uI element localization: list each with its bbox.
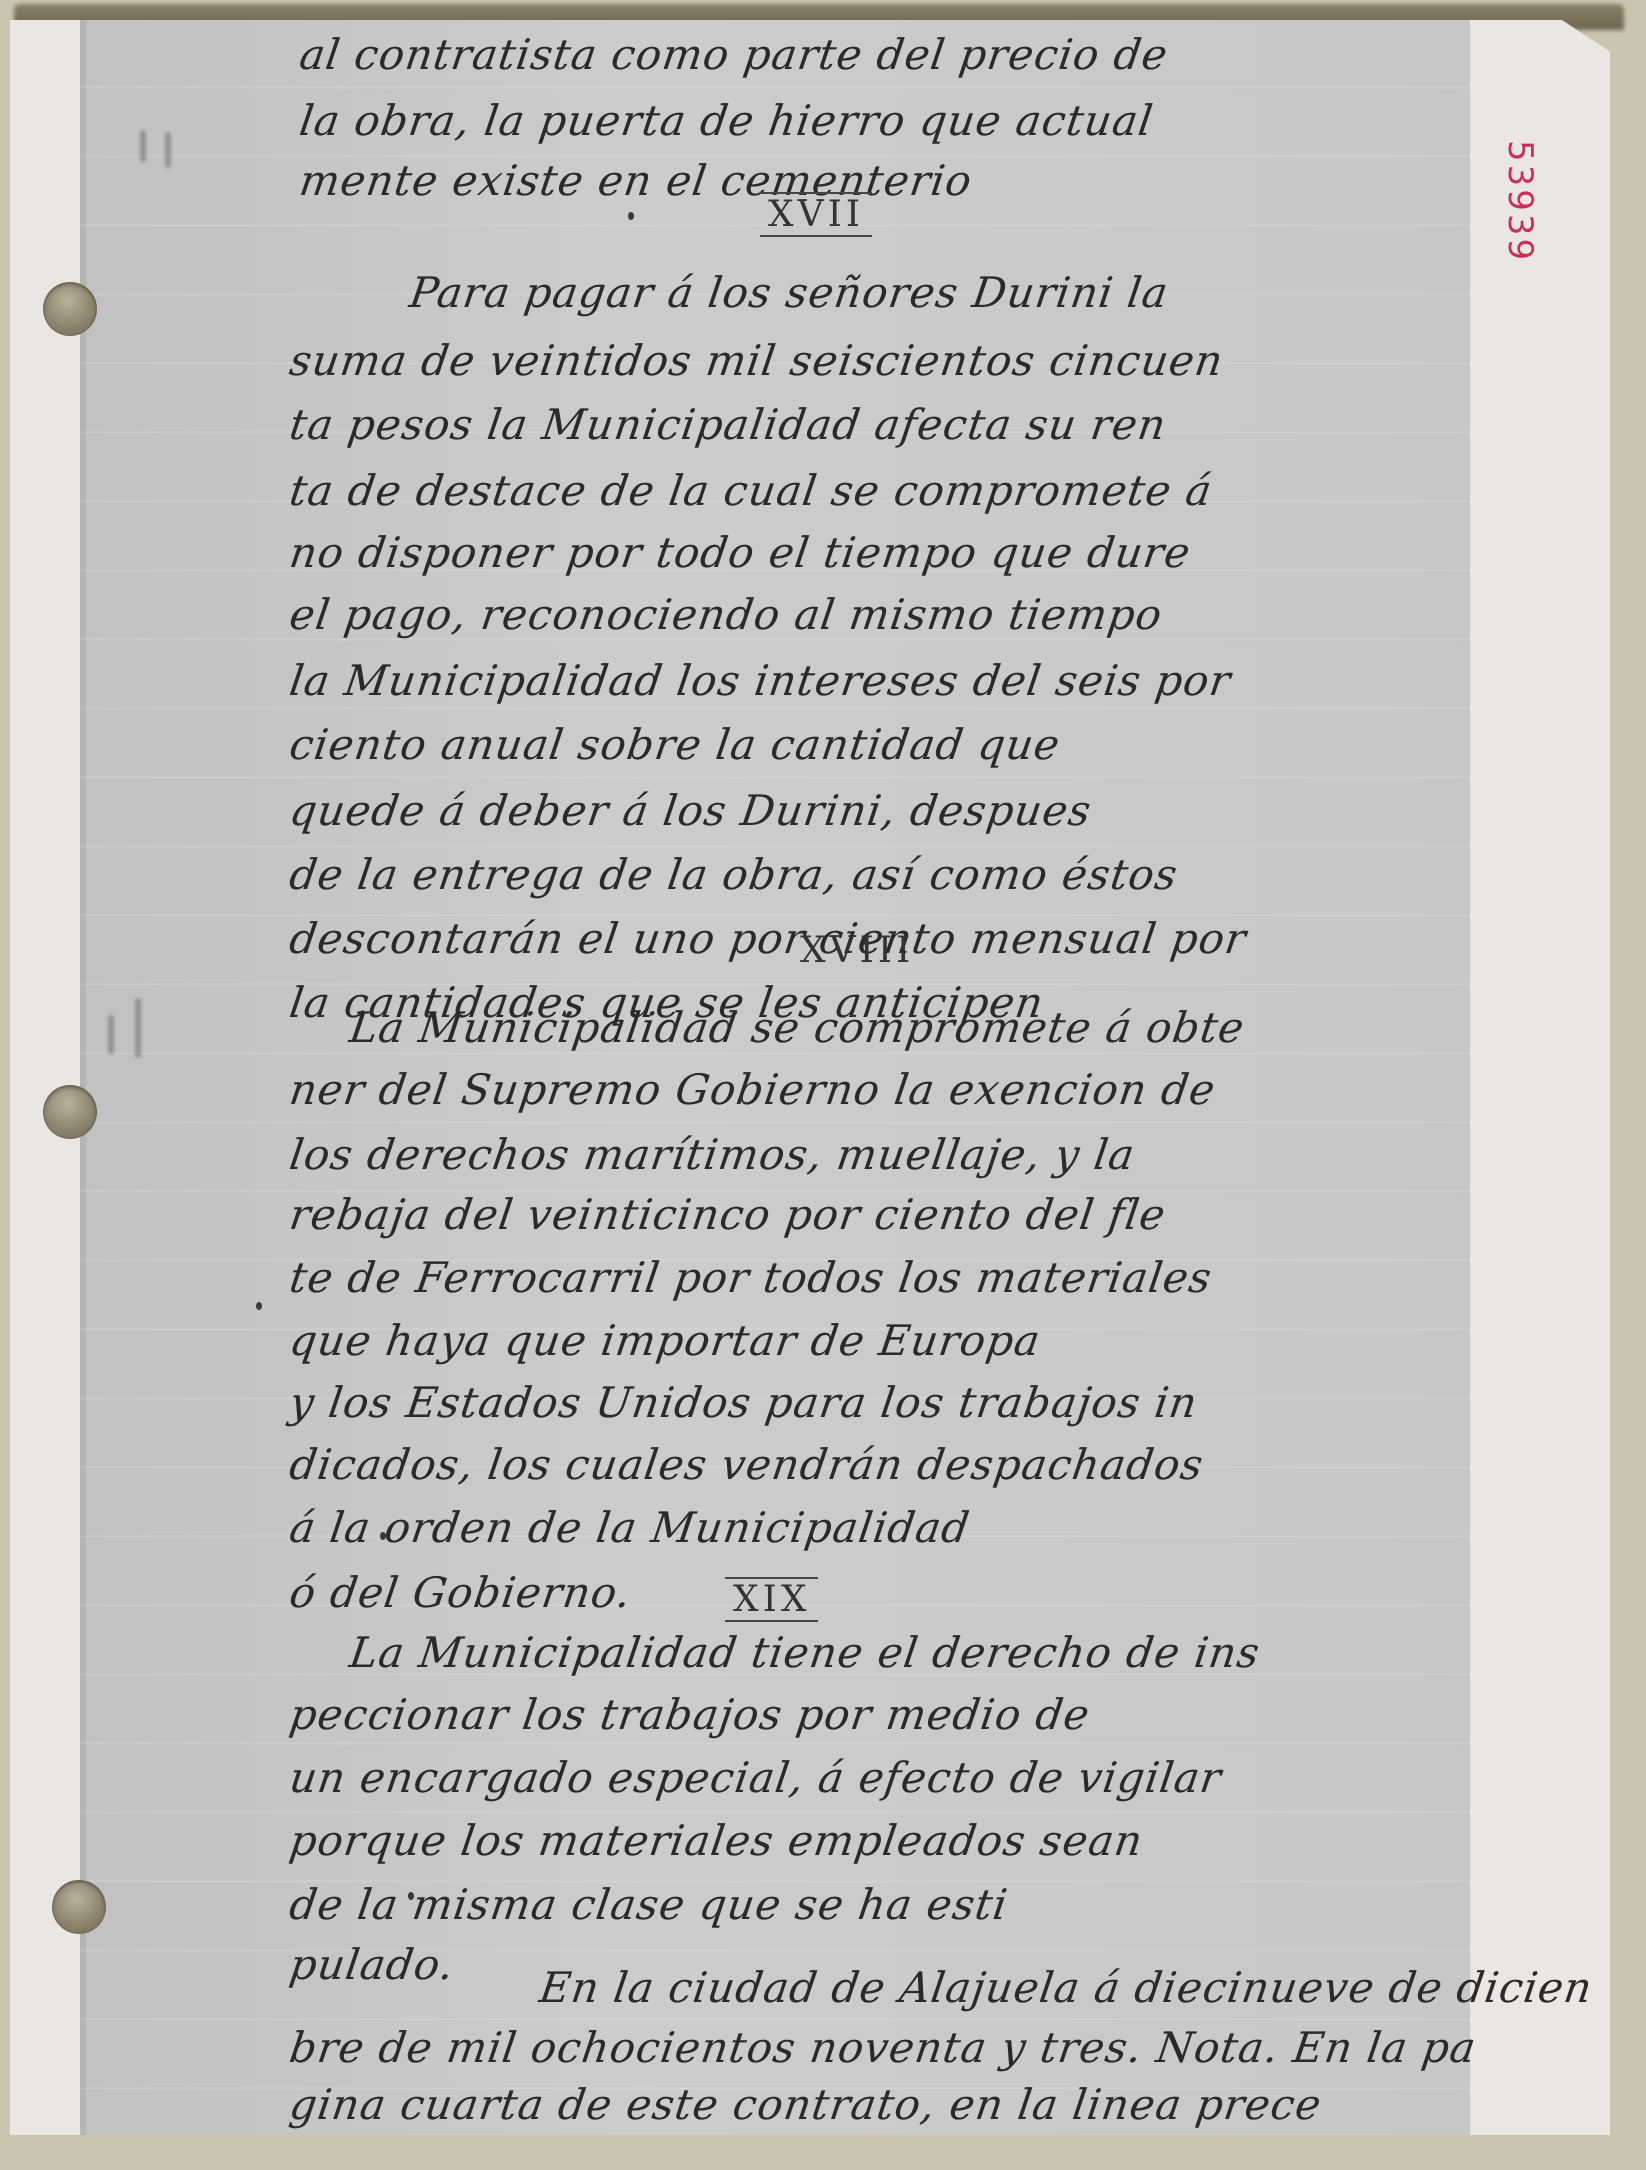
- text-line: de la misma clase que se ha esti: [287, 1880, 1012, 1929]
- hole-punch-middle: [43, 1085, 97, 1139]
- section-heading-xix: XIX: [725, 1577, 818, 1622]
- text-line: á la orden de la Municipalidad: [287, 1503, 974, 1552]
- text-line: descontarán el uno por ciento mensual po…: [287, 914, 1250, 963]
- text-line: bre de mil ochocientos noventa y tres. N…: [287, 2023, 1480, 2072]
- text-line: te de Ferrocarril por todos los material…: [287, 1253, 1216, 1302]
- margin-mark: [135, 998, 141, 1058]
- text-line: mente existe en el cementerio: [297, 156, 976, 205]
- text-line: la obra, la puerta de hierro que actual: [297, 96, 1157, 145]
- hole-punch-top: [43, 282, 97, 336]
- text-line: los derechos marítimos, muellaje, y la: [287, 1130, 1139, 1179]
- text-line: rebaja del veinticinco por ciento del fl…: [287, 1190, 1170, 1239]
- archive-number-stamp: 53939: [1500, 140, 1540, 263]
- text-line: un encargado especial, á efecto de vigil…: [287, 1753, 1225, 1802]
- text-line: que haya que importar de Europa: [287, 1316, 1044, 1365]
- text-line: no disponer por todo el tiempo que dure: [287, 528, 1194, 577]
- margin-mark: [108, 1015, 114, 1055]
- text-line: En la ciudad de Alajuela á diecinueve de…: [537, 1963, 1596, 2012]
- text-line: y los Estados Unidos para los trabajos i…: [287, 1378, 1201, 1427]
- margin-mark: [140, 130, 146, 162]
- text-line: dicados, los cuales vendrán despachados: [287, 1440, 1207, 1489]
- margin-mark: [165, 132, 171, 168]
- text-line: ó del Gobierno.: [287, 1568, 635, 1617]
- section-heading-xvii: XVII: [760, 192, 872, 237]
- text-line: La Municipalidad se compromete á obte: [347, 1003, 1248, 1052]
- text-line: ner del Supremo Gobierno la exencion de: [287, 1065, 1219, 1114]
- text-line: peccionar los trabajos por medio de: [287, 1690, 1094, 1739]
- text-line: el pago, reconociendo al mismo tiempo: [287, 590, 1166, 639]
- text-line: pulado.: [287, 1940, 458, 1989]
- text-line: de la entrega de la obra, así como éstos: [287, 850, 1181, 899]
- text-line: quede á deber á los Durini, despues: [287, 786, 1095, 835]
- text-line: la Municipalidad los intereses del seis …: [287, 656, 1235, 705]
- text-line: La Municipalidad tiene el derecho de ins: [347, 1628, 1264, 1677]
- text-line: suma de veintidos mil seiscientos cincue…: [287, 336, 1227, 385]
- text-line: ta pesos la Municipalidad afecta su ren: [287, 400, 1170, 449]
- text-line: al contratista como parte del precio de: [297, 30, 1172, 79]
- text-line: Para pagar á los señores Durini la: [407, 268, 1172, 317]
- text-line: porque los materiales empleados sean: [287, 1816, 1147, 1865]
- ink-speck: [628, 212, 634, 220]
- section-heading-xviii: XVIII: [800, 930, 914, 971]
- text-line: ta de destace de la cual se compromete á: [287, 466, 1216, 515]
- ink-speck: [256, 1302, 262, 1310]
- text-line: gina cuarta de este contrato, en la line…: [287, 2080, 1325, 2129]
- hole-punch-bottom: [52, 1880, 106, 1934]
- text-line: ciento anual sobre la cantidad que: [287, 720, 1064, 769]
